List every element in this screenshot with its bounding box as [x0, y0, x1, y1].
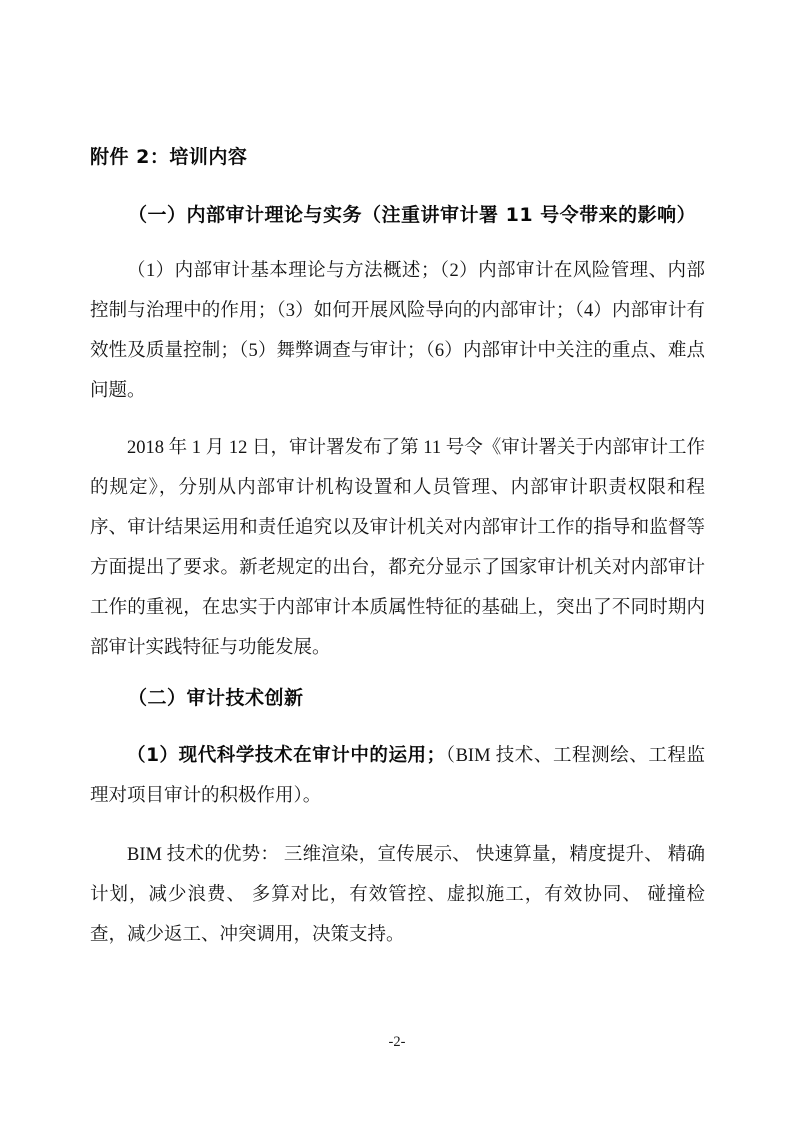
- document-page: 附件 2：培训内容 （一）内部审计理论与实务（注重讲审计署 11 号令带来的影响…: [0, 0, 794, 1123]
- section-1-paragraph-regulation: 2018 年 1 月 12 日，审计署发布了第 11 号令《审计署关于内部审计工…: [90, 428, 705, 668]
- section-2-paragraph-bim-advantages: BIM 技术的优势： 三维渲染，宣传展示、 快速算量，精度提升、 精确计划，减少…: [90, 835, 705, 955]
- section-2-heading: （二）审计技术创新: [90, 683, 705, 713]
- section-1-paragraph-overview: （1）内部审计基本理论与方法概述；（2）内部审计在风险管理、内部控制与治理中的作…: [90, 251, 705, 411]
- page-number: -2-: [0, 1032, 794, 1052]
- section-1-heading: （一）内部审计理论与实务（注重讲审计署 11 号令带来的影响）: [90, 200, 705, 230]
- section-2-item-modern-tech: （1）现代科学技术在审计中的运用；（BIM 技术、工程测绘、工程监理对项目审计的…: [90, 736, 705, 816]
- page-title: 附件 2：培训内容: [90, 143, 705, 171]
- item-bold-lead: （1）现代科学技术在审计中的运用；: [127, 745, 445, 766]
